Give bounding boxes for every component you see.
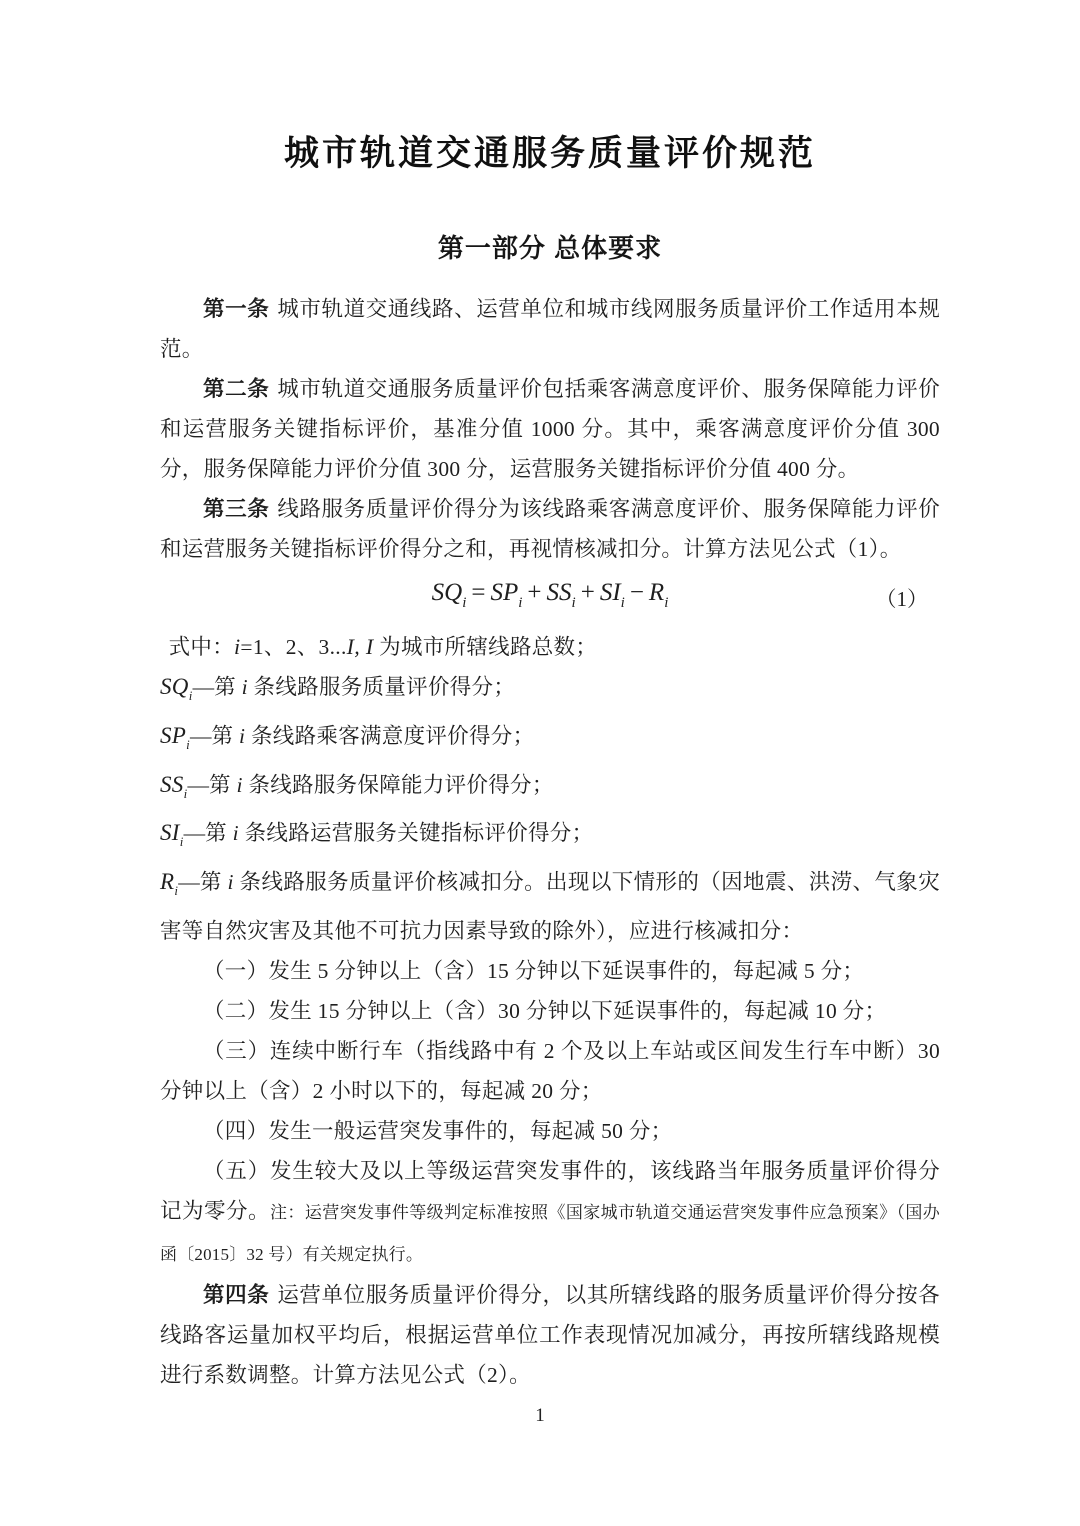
where-prefix: 式中： bbox=[169, 635, 234, 659]
definition-row-ss: SSi—第 i 条线路服务保障能力评价得分； bbox=[160, 765, 940, 814]
equals-sign: = bbox=[466, 579, 490, 606]
formula-1-expression: SQi=SPi+SSi+SIi−Ri bbox=[160, 579, 940, 612]
formula-term-r: R bbox=[649, 579, 664, 606]
definition-row-r: Ri—第 i 条线路服务质量评价核减扣分。出现以下情形的（因地震、洪涝、气象灾害… bbox=[160, 862, 940, 951]
definition-symbol: SQ bbox=[160, 674, 189, 699]
where-mid: =1、2、3... bbox=[240, 635, 346, 659]
clause-item-5: （五）发生较大及以上等级运营突发事件的，该线路当年服务质量评价得分记为零分。注：… bbox=[160, 1151, 940, 1275]
formula-where-line: 式中：i=1、2、3...I, I 为城市所辖线路总数； bbox=[160, 627, 940, 667]
definition-text: 条线路运营服务关键指标评价得分； bbox=[239, 821, 593, 845]
definition-symbol: R bbox=[160, 869, 174, 894]
formula-1-row: SQi=SPi+SSi+SIi−Ri （1） bbox=[160, 573, 940, 625]
definition-symbol: SS bbox=[160, 772, 184, 797]
formula-1-number: （1） bbox=[876, 583, 929, 613]
plus-sign: + bbox=[522, 579, 546, 606]
clause-item-2: （二）发生 15 分钟以上（含）30 分钟以下延误事件的，每起减 10 分； bbox=[160, 991, 940, 1031]
article-2-label: 第二条 bbox=[203, 377, 269, 401]
where-suffix: 为城市所辖线路总数； bbox=[373, 635, 597, 659]
formula-sub: i bbox=[664, 595, 668, 611]
definition-text: 条线路乘客满意度评价得分； bbox=[245, 724, 534, 748]
plus-sign: + bbox=[576, 579, 600, 606]
formula-term-si: SI bbox=[600, 579, 621, 606]
definition-row-sq: SQi—第 i 条线路服务质量评价得分； bbox=[160, 667, 940, 716]
definition-text: 第 bbox=[200, 870, 228, 894]
definition-text: 条线路服务质量评价核减扣分。出现以下情形的（因地震、洪涝、气象灾害等自然灾害及其… bbox=[160, 870, 940, 943]
definition-dash: — bbox=[178, 870, 200, 894]
formula-term-ss: SS bbox=[547, 579, 572, 606]
article-4-paragraph: 第四条运营单位服务质量评价得分，以其所辖线路的服务质量评价得分按各线路客运量加权… bbox=[160, 1275, 940, 1395]
article-3-paragraph: 第三条线路服务质量评价得分为该线路乘客满意度评价、服务保障能力评价和运营服务关键… bbox=[160, 489, 940, 569]
definition-dash: — bbox=[188, 773, 210, 797]
article-1-label: 第一条 bbox=[203, 297, 269, 321]
footnote-text: 注：运营突发事件等级判定标准按照《国家城市轨道交通运营突发事件应急预案》（国办函… bbox=[160, 1203, 940, 1264]
article-3-text: 线路服务质量评价得分为该线路乘客满意度评价、服务保障能力评价和运营服务关键指标评… bbox=[160, 497, 940, 561]
article-3-label: 第三条 bbox=[203, 497, 269, 521]
minus-sign: − bbox=[625, 579, 649, 606]
article-1-paragraph: 第一条城市轨道交通线路、运营单位和城市线网服务质量评价工作适用本规范。 bbox=[160, 289, 940, 369]
formula-term-sq: SQ bbox=[432, 579, 463, 606]
definition-dash: — bbox=[193, 675, 215, 699]
definition-symbol: SP bbox=[160, 723, 186, 748]
article-1-text: 城市轨道交通线路、运营单位和城市线网服务质量评价工作适用本规范。 bbox=[160, 297, 940, 361]
definition-row-si: SIi—第 i 条线路运营服务关键指标评价得分； bbox=[160, 813, 940, 862]
definition-text: 第 bbox=[209, 773, 236, 797]
document-title: 城市轨道交通服务质量评价规范 bbox=[160, 126, 940, 176]
definition-row-sp: SPi—第 i 条线路乘客满意度评价得分； bbox=[160, 716, 940, 765]
article-2-text: 城市轨道交通服务质量评价包括乘客满意度评价、服务保障能力评价和运营服务关键指标评… bbox=[160, 377, 940, 481]
where-var-I: I, I bbox=[347, 634, 374, 659]
definition-dash: — bbox=[184, 821, 206, 845]
definition-dash: — bbox=[190, 724, 212, 748]
definition-text: 第 bbox=[205, 821, 232, 845]
definition-text: 第 bbox=[212, 724, 239, 748]
article-2-paragraph: 第二条城市轨道交通服务质量评价包括乘客满意度评价、服务保障能力评价和运营服务关键… bbox=[160, 369, 940, 489]
document-content: 城市轨道交通服务质量评价规范 第一部分 总体要求 第一条城市轨道交通线路、运营单… bbox=[160, 126, 940, 1395]
article-4-label: 第四条 bbox=[203, 1283, 269, 1307]
page-number: 1 bbox=[0, 1405, 1080, 1427]
clause-item-4: （四）发生一般运营突发事件的，每起减 50 分； bbox=[160, 1111, 940, 1151]
formula-term-sp: SP bbox=[490, 579, 518, 606]
definition-symbol: SI bbox=[160, 820, 180, 845]
definition-text: 第 bbox=[214, 675, 241, 699]
clause-item-3: （三）连续中断行车（指线路中有 2 个及以上车站或区间发生行车中断）30 分钟以… bbox=[160, 1031, 940, 1111]
document-page: 城市轨道交通服务质量评价规范 第一部分 总体要求 第一条城市轨道交通线路、运营单… bbox=[0, 0, 1080, 1526]
section-heading: 第一部分 总体要求 bbox=[160, 228, 940, 265]
definition-text: 条线路服务质量评价得分； bbox=[248, 675, 515, 699]
clause-item-1: （一）发生 5 分钟以上（含）15 分钟以下延误事件的，每起减 5 分； bbox=[160, 951, 940, 991]
article-4-text: 运营单位服务质量评价得分，以其所辖线路的服务质量评价得分按各线路客运量加权平均后… bbox=[160, 1283, 940, 1387]
definition-text: 条线路服务保障能力评价得分； bbox=[243, 773, 554, 797]
